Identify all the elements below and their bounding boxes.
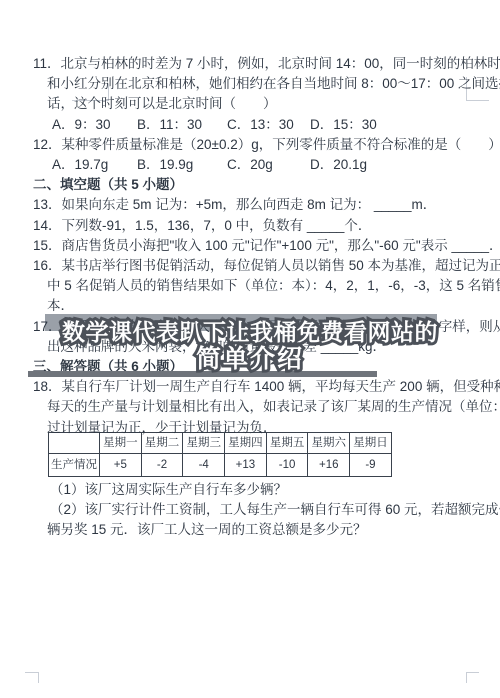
question-11-option-d: D．15：30: [310, 115, 377, 135]
question-18-sub-2-line-1: （2）该厂实行计件工资制，工人每生产一辆自行车可得 60 元，若超额完成任务，则…: [33, 500, 500, 520]
question-11-option-b: B．11：30: [137, 115, 227, 135]
question-14-line: 14．下列数-91，1.5，136，7，0 中，负数有 _____个．: [33, 216, 500, 236]
table-header-friday: 星期五: [266, 432, 308, 453]
watermark-line-2-text: 简单介绍: [0, 345, 500, 373]
table-value-thursday: +13: [225, 454, 267, 477]
crop-mark-bottom-left-icon: [25, 672, 39, 683]
question-18-line-2: 每天的生产量与计划量相比有出入，如表记录了该厂某周的生产情况（单位：辆），其中，…: [33, 397, 500, 417]
question-16-line-1: 16．某书店举行图书促销活动，每位促销人员以销售 50 本为基准，超过记为正，不…: [33, 256, 500, 276]
question-11-options: A．9：30 B．11：30 C．13：30 D．15：30: [33, 115, 500, 135]
question-18-sub-1: （1）该厂这周实际生产自行车多少辆？: [33, 480, 500, 500]
worksheet-content: 11．北京与柏林的时差为 7 小时，例如，北京时间 14：00，同一时刻的柏林时…: [33, 54, 500, 541]
table-header-wednesday: 星期三: [183, 432, 225, 453]
question-18-line-1: 18．某自行车厂计划一周生产自行车 1400 辆，平均每天生产 200 辆，但受…: [33, 377, 500, 397]
table-value-friday: -10: [266, 454, 308, 477]
table-value-wednesday: -4: [183, 454, 225, 477]
table-value-monday: +5: [100, 454, 142, 477]
production-table: 星期一 星期二 星期三 星期四 星期五 星期六 星期日 生产情况 +5 -2 -…: [48, 432, 392, 477]
table-header-sunday: 星期日: [350, 432, 392, 453]
section-2-heading: 二、填空题（共 5 小题）: [33, 175, 500, 195]
question-11-option-a: A．9：30: [52, 115, 137, 135]
table-header-thursday: 星期四: [225, 432, 267, 453]
table-header-monday: 星期一: [100, 432, 142, 453]
crop-mark-bottom-right-icon: [466, 672, 479, 683]
question-16-line-2: 中 5 名促销人员的销售结果如下（单位：本）：4，2，1，-6，-3，这 5 名…: [33, 276, 500, 296]
question-12-option-d: D．20.1g: [310, 155, 367, 175]
question-11-line-1: 11．北京与柏林的时差为 7 小时，例如，北京时间 14：00，同一时刻的柏林时…: [33, 54, 500, 74]
question-12-options: A．19.7g B．19.9g C．20g D．20.1g: [33, 155, 500, 175]
table-row-label: 生产情况: [49, 454, 100, 477]
question-12-line: 12．某种零件质量标准是（20±0.2）g，下列零件质量不符合标准的是（ ）: [33, 135, 500, 155]
watermark-line-1: 数学课代表趴下让我桶免费看网站的 数学课代表趴下让我桶免费看网站的: [0, 319, 500, 345]
table-value-saturday: +16: [308, 454, 350, 477]
production-table-data-row: 生产情况 +5 -2 -4 +13 -10 +16 -9: [49, 454, 392, 477]
question-12-option-a: A．19.7g: [52, 155, 137, 175]
question-11-option-c: C．13：30: [227, 115, 310, 135]
table-value-tuesday: -2: [141, 454, 183, 477]
question-11-line-3: 话，这个时刻可以是北京时间（ ）: [33, 94, 500, 114]
watermark-line-1-text: 数学课代表趴下让我桶免费看网站的: [0, 319, 500, 345]
question-15-line: 15．商店售货员小海把"收入 100 元"记作"+100 元"，那么"-60 元…: [33, 236, 500, 256]
question-12-option-c: C．20g: [227, 155, 310, 175]
question-11-line-2: 和小红分别在北京和柏林，她们相约在各自当地时间 8：00～17：00 之间选择一…: [33, 74, 500, 94]
question-13-line: 13．如果向东走 5m 记为：+5m，那么向西走 8m 记为： _____m．: [33, 195, 500, 215]
question-18-sub-2-line-2: 辆另奖 15 元．该厂工人这一周的工资总额是多少元？: [33, 520, 500, 540]
table-value-sunday: -9: [350, 454, 392, 477]
document-page: 11．北京与柏林的时差为 7 小时，例如，北京时间 14：00，同一时刻的柏林时…: [0, 0, 500, 698]
watermark-line-2: 简单介绍 简单介绍: [0, 345, 500, 373]
table-header-saturday: 星期六: [308, 432, 350, 453]
table-header-tuesday: 星期二: [141, 432, 183, 453]
question-12-option-b: B．19.9g: [137, 155, 227, 175]
question-16-line-3: 本．: [33, 296, 500, 316]
